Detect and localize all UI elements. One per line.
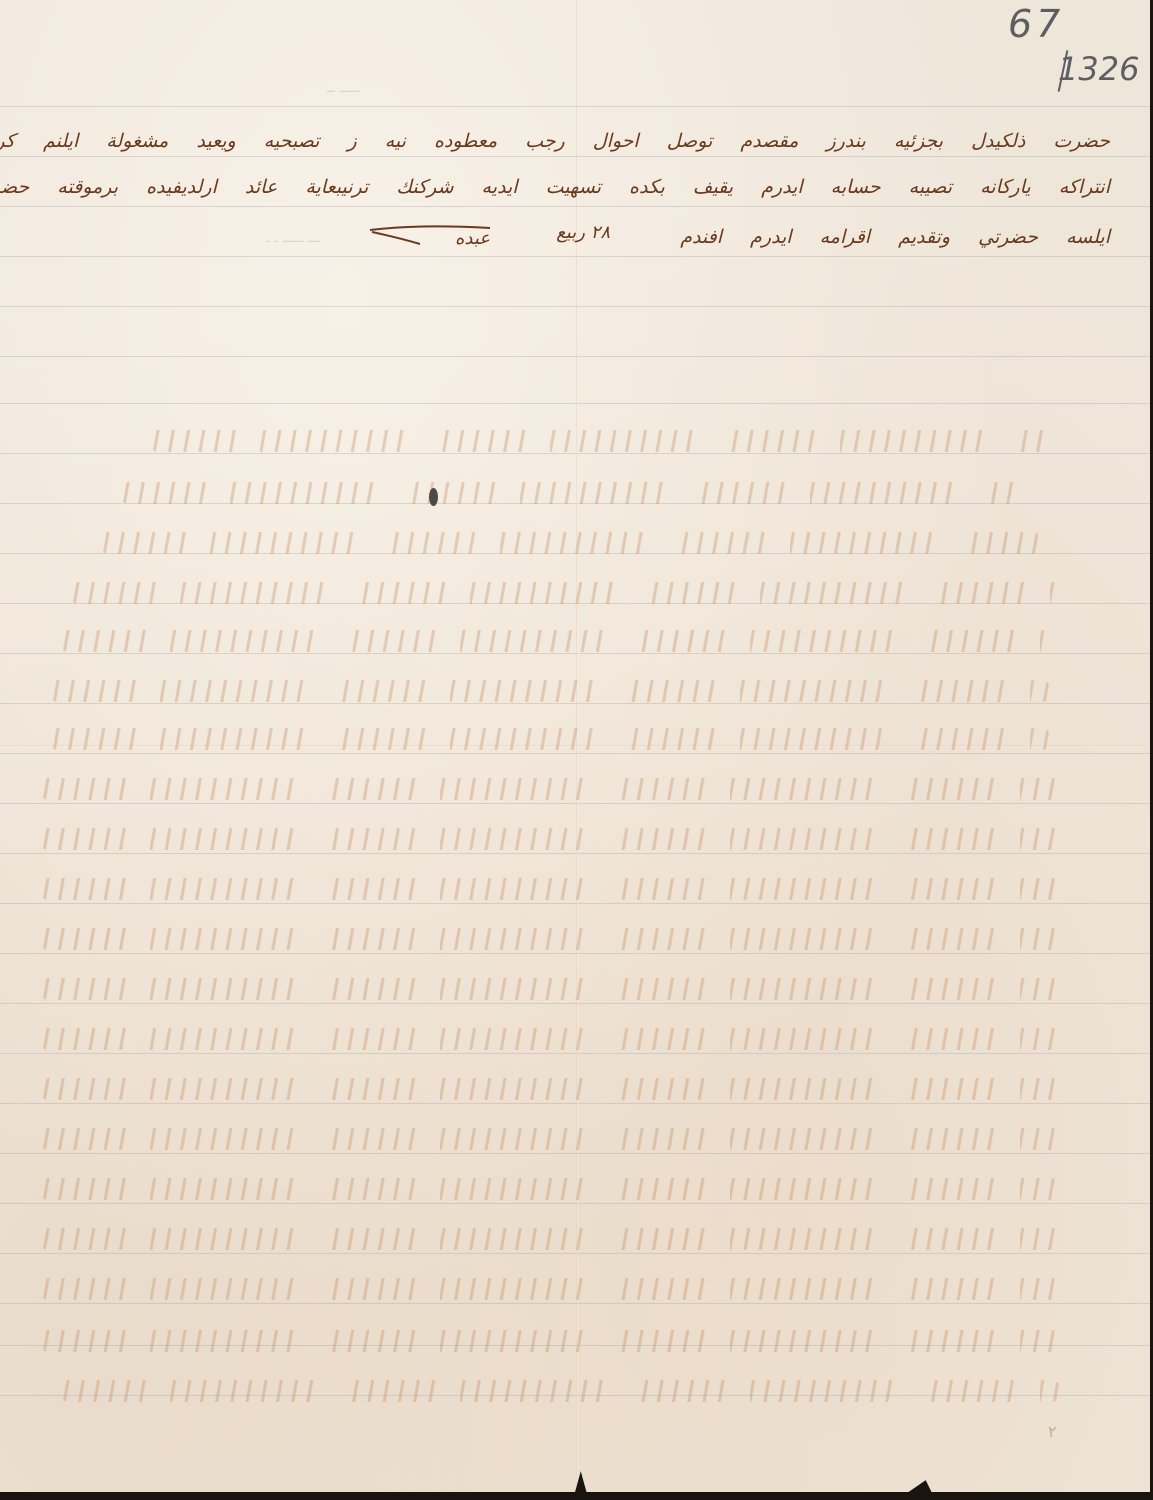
corner-mark: ٢ [1048,1422,1057,1441]
ink-blot [429,488,438,506]
ruled-line [0,306,1150,307]
ruled-line [0,803,1150,804]
letter-line-1: حضرت ذلكيدل بجزئيه بندرز مقصدم توصل احوا… [30,130,1110,152]
faint-seal-impression: ـــ ـــــ ـ ـ [120,230,320,246]
ruled-line [0,1203,1150,1204]
bleed-through-line [40,1178,1060,1200]
ruled-line [0,453,1150,454]
bleed-through-line [100,532,1040,554]
ruled-line [0,156,1150,157]
bleed-through-line [40,1278,1060,1300]
ruled-line [0,256,1150,257]
bleed-through-line [60,630,1050,652]
ruled-line [0,1003,1150,1004]
ruled-line [0,653,1150,654]
document-number: 1326 [1058,50,1139,88]
ruled-line [0,1253,1150,1254]
faint-seal-impression: ـــــ ــ [250,80,360,96]
bleed-through-line [40,778,1060,800]
signature: عبده [360,222,500,262]
bleed-through-line [40,1128,1060,1150]
ruled-line [0,1303,1150,1304]
ruled-line [0,753,1150,754]
bleed-through-line [40,978,1060,1000]
ruled-line [0,853,1150,854]
ruled-line [0,953,1150,954]
letter-line-2: انتراكه ياركانه تصيبه حسابه ايدرم يقيف ب… [30,176,1110,198]
bleed-through-line [50,680,1050,702]
signature-name: عبده [455,228,490,249]
bleed-through-line [120,482,1020,504]
ruled-line [0,403,1150,404]
archive-number: 67 1326 [1000,2,1130,98]
bleed-through-line [70,582,1060,604]
bleed-through-line [40,1330,1060,1352]
letter-line-3: ايلسه حضرتي وتقديم اقرامه ايدرم افندم [550,226,1110,248]
folio-number: 67 [1008,2,1064,46]
bleed-through-line [40,1078,1060,1100]
bleed-through-line [40,1228,1060,1250]
ruled-line [0,106,1150,107]
document-page: ـــــ ــ ـــ ـــــ ـ ـ 67 1326 حضرت ذلكي… [0,0,1150,1492]
bleed-through-line [40,828,1060,850]
ruled-line [0,703,1150,704]
bleed-through-line [40,878,1060,900]
ruled-line [0,206,1150,207]
bleed-through-line [60,1380,1060,1402]
bleed-through-line [150,430,1050,452]
ruled-line [0,1153,1150,1154]
ruled-line [0,1103,1150,1104]
ruled-line [0,903,1150,904]
letter-date: ٢٨ ربيع [500,222,610,243]
bleed-through-line [50,728,1050,750]
ruled-line [0,356,1150,357]
bleed-through-line [40,928,1060,950]
bleed-through-line [40,1028,1060,1050]
ruled-line [0,1053,1150,1054]
